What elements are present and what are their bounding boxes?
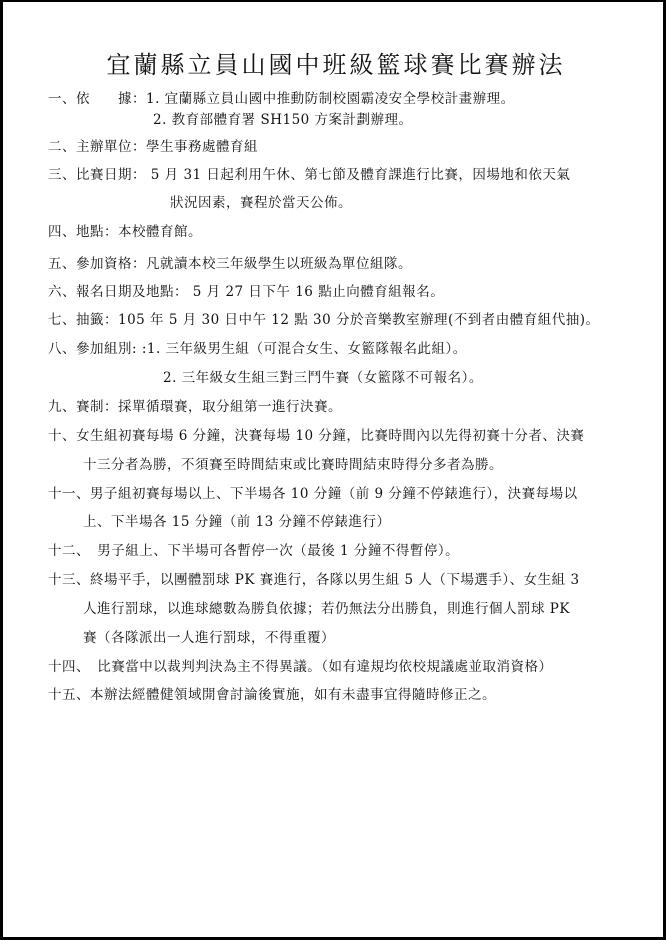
clause-5-eligibility: 五、參加資格：凡就讀本校三年級學生以班級為單位組隊。	[48, 255, 412, 273]
clause-13-tiebreak-line-1: 十三、終場平手，以團體罰球 PK 賽進行，各隊以男生組 5 人（下場選手）、女生…	[48, 571, 580, 589]
page-frame: 宜蘭縣立員山國中班級籃球賽比賽辦法 一、依 據：1. 宜蘭縣立員山國中推動防制校…	[0, 0, 666, 940]
clause-6-registration: 六、報名日期及地點： 5 月 27 日下午 16 點止向體育組報名。	[48, 283, 444, 301]
clause-10-girls-rules-line-1: 十、女生組初賽每場 6 分鐘，決賽每場 10 分鐘，比賽時間內以先得初賽十分者、…	[48, 427, 584, 445]
clause-9-format: 九、賽制：採單循環賽，取分組第一進行決賽。	[48, 398, 342, 416]
clause-8-divisions-line-2: 2. 三年級女生組三對三鬥牛賽（女籃隊不可報名）。	[163, 369, 483, 387]
clause-11-boys-rules-line-2: 上、下半場各 15 分鐘（前 13 分鐘不停錶進行）	[83, 513, 391, 531]
clause-13-tiebreak-line-2: 人進行罰球，以進球總數為勝負依據；若仍無法分出勝負，則進行個人罰球 PK	[83, 600, 570, 618]
clause-1-basis-line-1: 一、依 據：1. 宜蘭縣立員山國中推動防制校園霸凌安全學校計畫辦理。	[48, 90, 515, 108]
clause-10-girls-rules-line-2: 十三分者為勝，不須賽至時間結束或比賽時間結束時得分多者為勝。	[83, 456, 503, 474]
clause-13-tiebreak-line-3: 賽（各隊派出一人進行罰球，不得重覆）	[83, 629, 335, 647]
clause-1-basis-line-2: 2. 教育部體育署 SH150 方案計劃辦理。	[153, 111, 413, 129]
clause-11-boys-rules-line-1: 十一、男子組初賽每場以上、下半場各 10 分鐘（前 9 分鐘不停錶進行），決賽每…	[48, 485, 578, 503]
clause-14-referee: 十四、 比賽當中以裁判判決為主不得異議。（如有違規均依校規議處並取消資格）	[48, 658, 553, 676]
clause-8-divisions-line-1: 八、參加組別: :1. 三年級男生組（可混合女生、女籃隊報名此組）。	[48, 340, 467, 358]
clause-15-amendment: 十五、本辦法經體健領域開會討論後實施，如有未盡事宜得隨時修正之。	[48, 686, 496, 704]
clause-7-draw: 七、抽籤：105 年 5 月 30 日中午 12 點 30 分於音樂教室辦理(不…	[48, 311, 600, 329]
clause-12-timeouts: 十二、 男子組上、下半場可各暫停一次（最後 1 分鐘不得暫停）。	[48, 542, 459, 560]
clause-4-venue: 四、地點：本校體育館。	[48, 223, 202, 241]
clause-3-date-line-1: 三、比賽日期： 5 月 31 日起利用午休、第七節及體育課進行比賽，因場地和依天…	[48, 166, 570, 184]
clause-3-date-line-2: 狀況因素，賽程於當天公佈。	[170, 194, 352, 212]
document-title: 宜蘭縣立員山國中班級籃球賽比賽辦法	[3, 48, 666, 82]
clause-2-organizer: 二、主辦單位：學生事務處體育組	[48, 138, 258, 156]
